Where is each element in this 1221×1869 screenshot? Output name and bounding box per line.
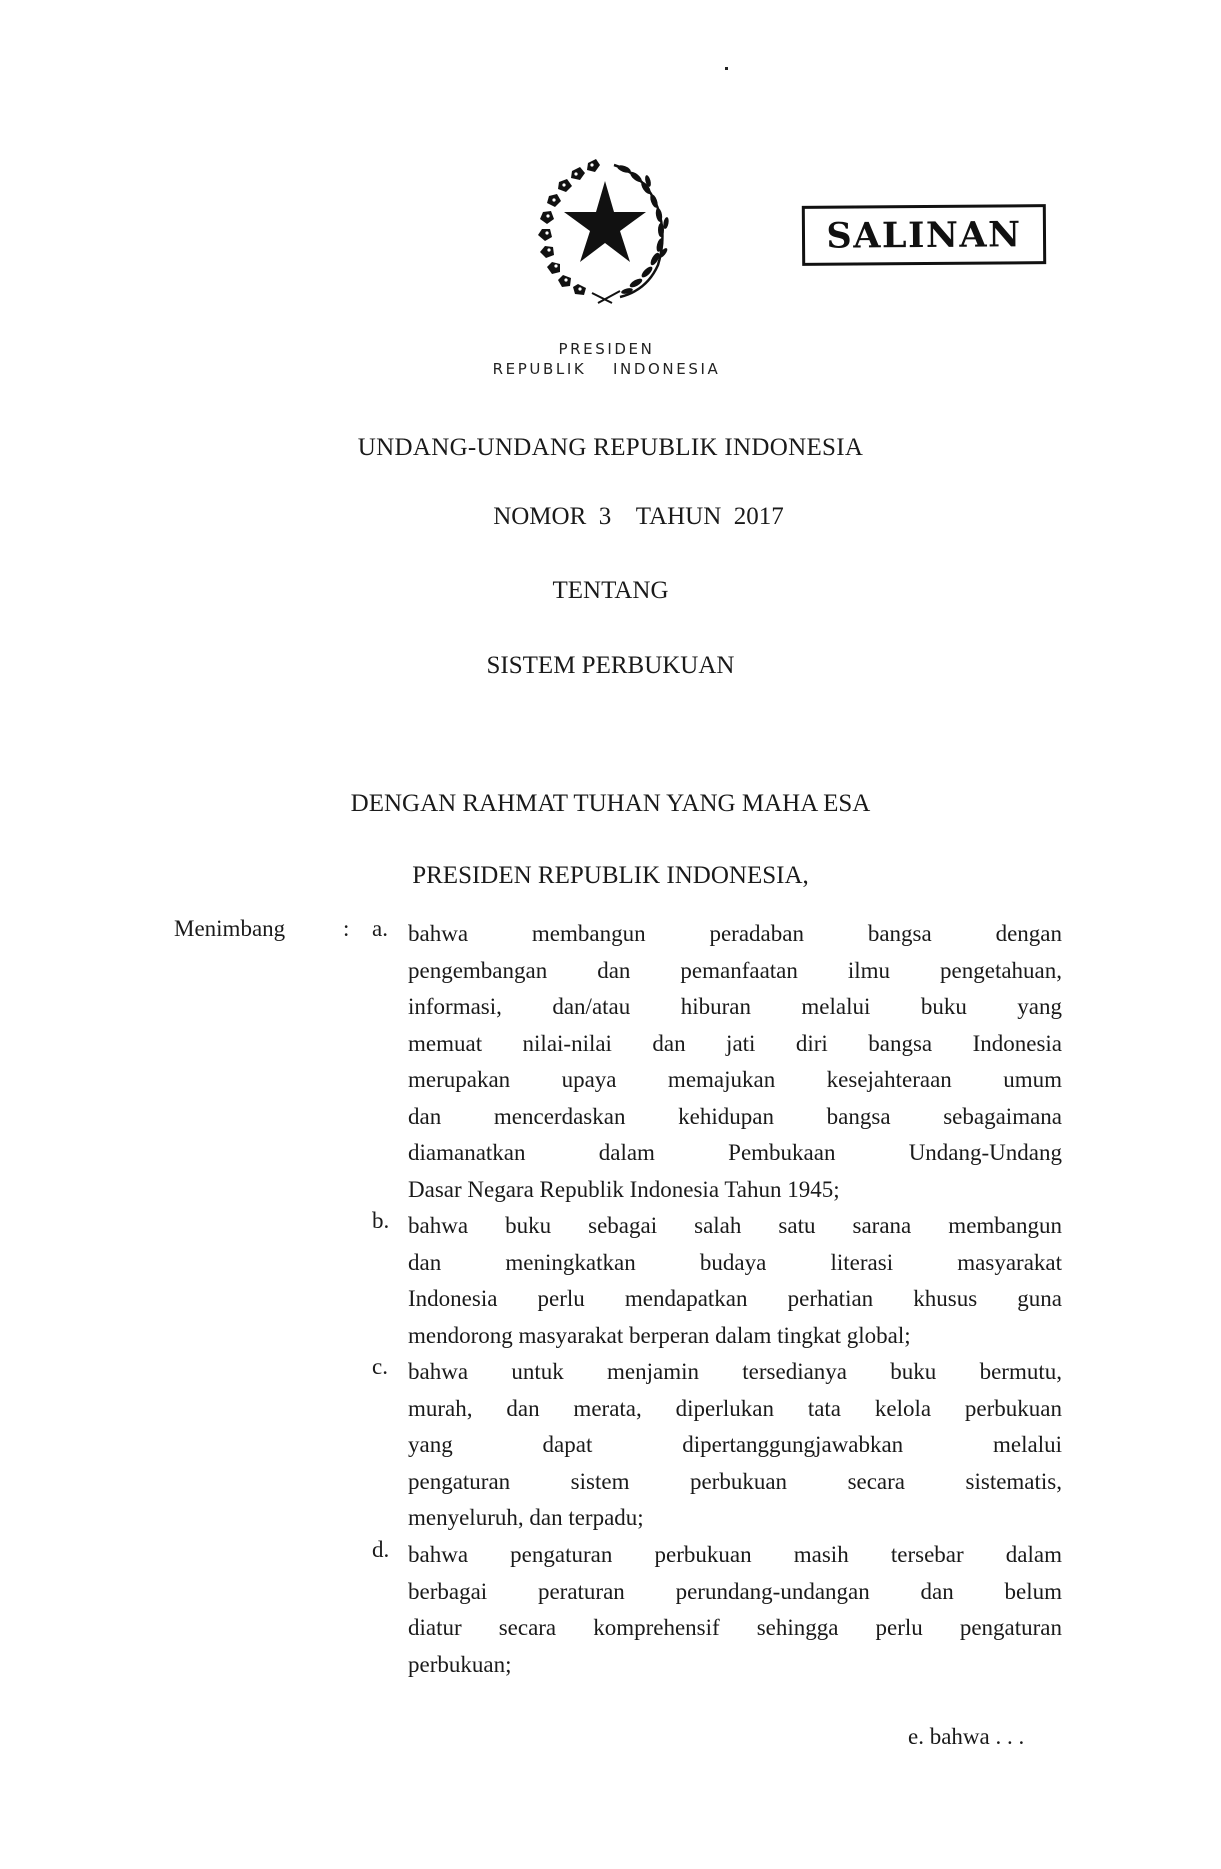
text-line: diamanatkan dalam Pembukaan Undang-Undan… [408,1135,1062,1172]
text-line: perbukuan; [408,1647,1062,1684]
text-line: yang dapat dipertanggungjawabkan melalui [408,1427,1062,1464]
institution-line-2: REPUBLIK INDONESIA [0,360,1217,378]
item-marker: b. [372,1208,389,1234]
text-line: merupakan upaya memajukan kesejahteraan … [408,1062,1062,1099]
salinan-stamp: SALINAN [802,204,1046,266]
text-line: Indonesia perlu mendapatkan perhatian kh… [408,1281,1062,1318]
text-line: mendorong masyarakat berperan dalam ting… [408,1318,1062,1355]
issuer-line: PRESIDEN REPUBLIK INDONESIA, [0,862,1221,890]
item-text: bahwa untuk menjamin tersedianya buku be… [408,1354,1062,1537]
text-line: Dasar Negara Republik Indonesia Tahun 19… [408,1172,1062,1209]
text-line: pengembangan dan pemanfaatan ilmu penget… [408,953,1062,990]
item-marker: d. [372,1537,389,1563]
item-text: bahwa membangun peradaban bangsa dengan … [408,916,1062,1208]
text-line: bahwa membangun peradaban bangsa dengan [408,916,1062,953]
presidential-emblem-icon [528,155,683,305]
considerations-label: Menimbang [174,916,285,942]
text-line: memuat nilai-nilai dan jati diri bangsa … [408,1026,1062,1063]
text-line: dan meningkatkan budaya literasi masyara… [408,1245,1062,1282]
salinan-stamp-text: SALINAN [826,214,1021,256]
law-type-heading: UNDANG-UNDANG REPUBLIK INDONESIA [0,434,1221,462]
scan-artifact-dot [725,67,728,70]
text-line: menyeluruh, dan terpadu; [408,1500,1062,1537]
text-line: informasi, dan/atau hiburan melalui buku… [408,989,1062,1026]
text-line: dan mencerdaskan kehidupan bangsa sebaga… [408,1099,1062,1136]
institution-line-1: PRESIDEN [0,340,1217,358]
item-marker: c. [372,1354,388,1380]
text-line: murah, dan merata, diperlukan tata kelol… [408,1391,1062,1428]
about-label: TENTANG [0,577,1221,605]
item-marker: a. [372,916,388,942]
law-subject: SISTEM PERBUKUAN [0,652,1221,680]
law-number-line: NOMOR 3 TAHUN 2017 [28,503,1221,531]
text-line: bahwa pengaturan perbukuan masih terseba… [408,1537,1062,1574]
text-line: pengaturan sistem perbukuan secara siste… [408,1464,1062,1501]
item-text: bahwa buku sebagai salah satu sarana mem… [408,1208,1062,1354]
text-line: bahwa buku sebagai salah satu sarana mem… [408,1208,1062,1245]
item-text: bahwa pengaturan perbukuan masih terseba… [408,1537,1062,1683]
page-continuation-marker: e. bahwa . . . [908,1724,1024,1750]
text-line: bahwa untuk menjamin tersedianya buku be… [408,1354,1062,1391]
invocation-line: DENGAN RAHMAT TUHAN YANG MAHA ESA [0,790,1221,818]
text-line: diatur secara komprehensif sehingga perl… [408,1610,1062,1647]
considerations-separator: : [343,916,349,942]
text-line: berbagai peraturan perundang-undangan da… [408,1574,1062,1611]
